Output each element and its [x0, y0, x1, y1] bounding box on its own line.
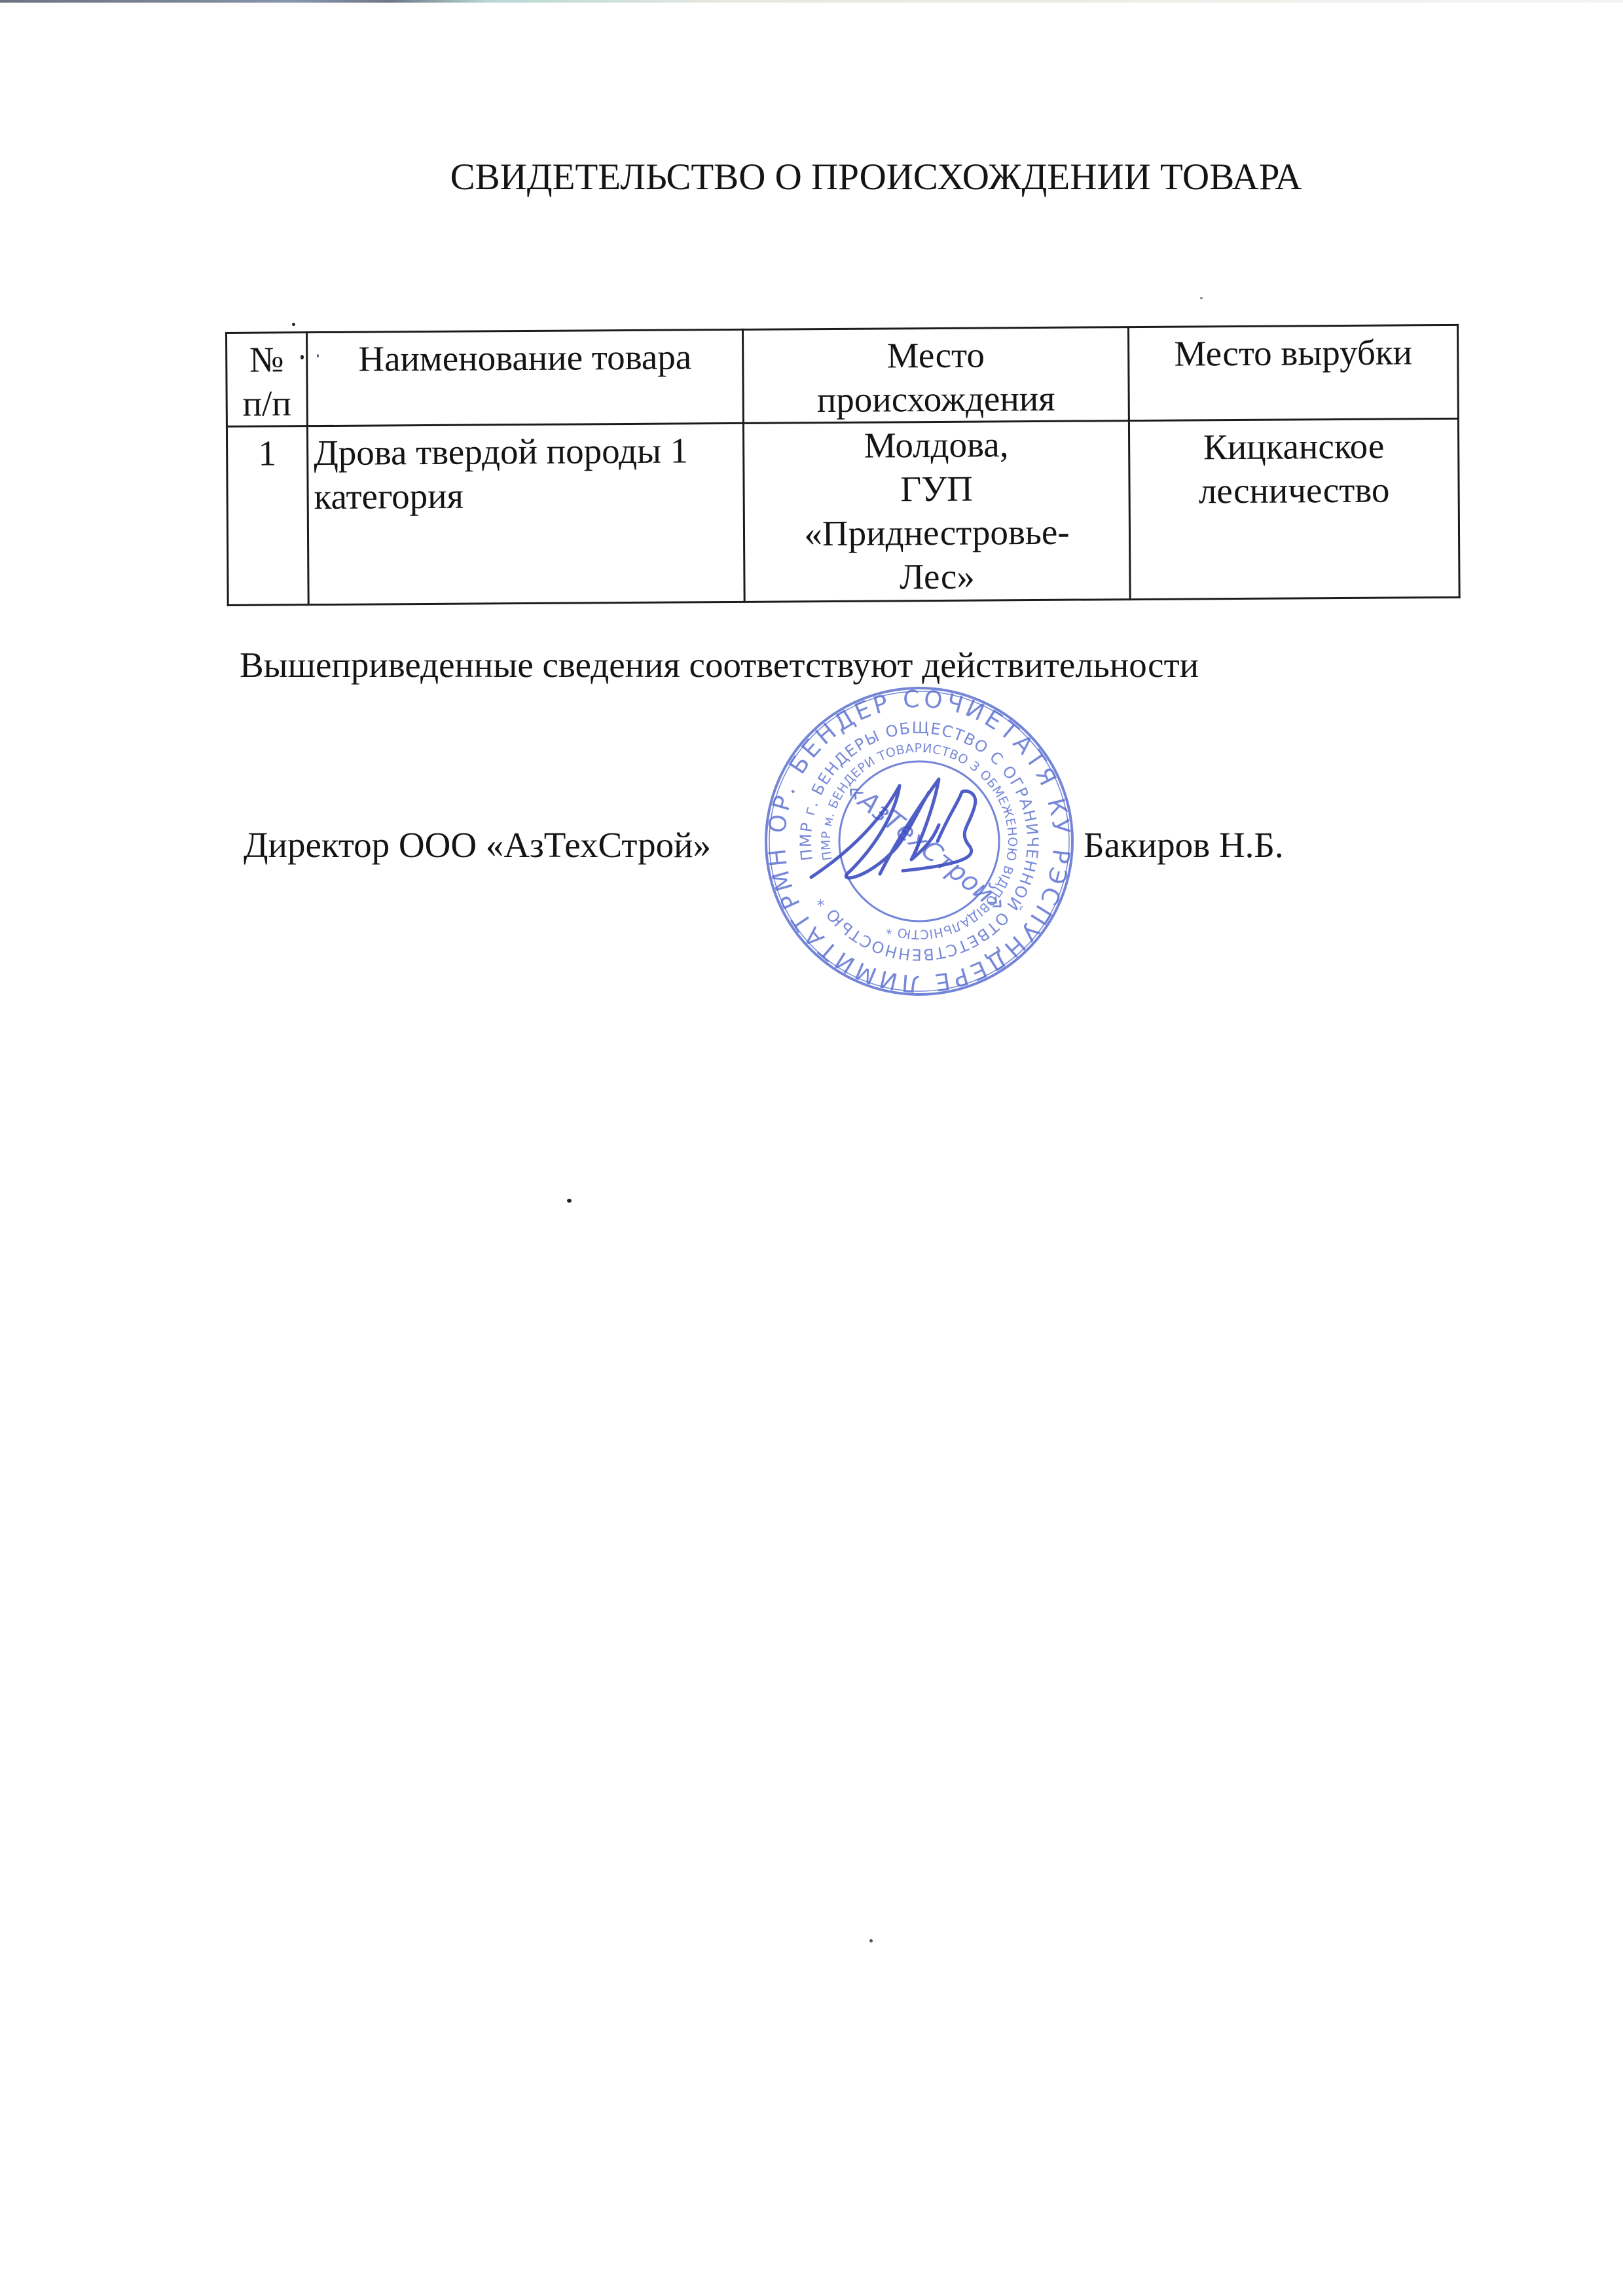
- cell-product-name-line-2: категория: [314, 472, 737, 519]
- cell-origin: Молдова, ГУП «Приднестровье- Лес»: [743, 421, 1130, 602]
- cell-number: 1: [227, 426, 308, 606]
- scan-edge-artifact: [0, 0, 1623, 3]
- header-felling-site: Место вырубки: [1128, 325, 1458, 420]
- scan-speck: [567, 1199, 572, 1203]
- cell-product-name-line-1: Дрова твердой породы 1: [314, 428, 737, 475]
- company-seal-stamp: РМН ОР. БЕНДЕР СОЧИЕТАТЯ КУ РЭСПУНДЕРЕ Л…: [762, 684, 1076, 998]
- scan-speck: [869, 1939, 873, 1942]
- header-felling-site-text: Место вырубки: [1135, 330, 1451, 376]
- cell-product-name: Дрова твердой породы 1 категория: [307, 423, 744, 604]
- origin-table: № п/п Наименование товара Место происхож…: [225, 324, 1461, 606]
- header-origin-line-1: Место: [749, 332, 1122, 378]
- header-origin: Место происхождения: [742, 327, 1129, 424]
- signatory-name: Бакиров Н.Б.: [1084, 824, 1284, 867]
- scan-speck: [301, 355, 304, 359]
- scan-speck: [317, 354, 319, 357]
- scan-speck: [292, 323, 295, 326]
- header-number-line-2: п/п: [232, 381, 301, 426]
- header-origin-line-2: происхождения: [749, 376, 1122, 422]
- cell-origin-line-1: Молдова,: [750, 422, 1123, 468]
- cell-felling-site-line-2: лесничество: [1135, 467, 1452, 513]
- cell-felling-site: Кицканское лесничество: [1129, 418, 1459, 599]
- signatory-position: Директор ООО «АзТехСтрой»: [244, 824, 711, 867]
- table-row: 1 Дрова твердой породы 1 категория Молдо…: [227, 418, 1459, 605]
- confirmation-statement: Вышеприведенные сведения соответствуют д…: [240, 644, 1199, 687]
- header-product-name-text: Наименование товара: [313, 335, 737, 381]
- cell-felling-site-line-1: Кицканское: [1135, 424, 1452, 469]
- cell-origin-line-2: ГУП: [750, 465, 1123, 512]
- cell-origin-line-4: Лес»: [750, 553, 1123, 600]
- document-title: СВИДЕТЕЛЬСТВО О ПРОИСХОЖДЕНИИ ТОВАРА: [0, 156, 1623, 199]
- table-header-row: № п/п Наименование товара Место происхож…: [227, 325, 1459, 426]
- header-product-name: Наименование товара: [307, 329, 744, 426]
- header-number: № п/п: [227, 333, 308, 427]
- header-number-line-1: №: [232, 337, 301, 382]
- scan-speck: [1200, 297, 1203, 299]
- cell-origin-line-3: «Приднестровье-: [750, 509, 1123, 556]
- cell-number-text: 1: [233, 431, 301, 475]
